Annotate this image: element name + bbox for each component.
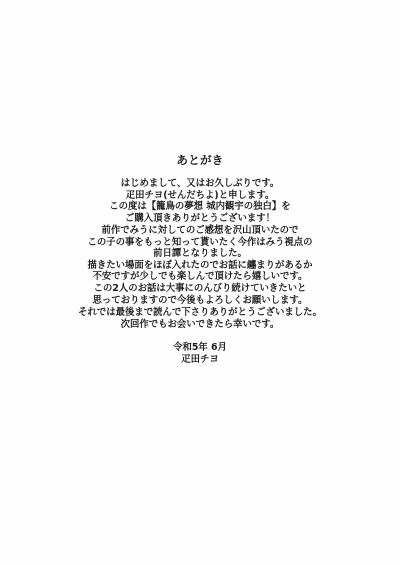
paragraph-future: この2人のお話は大事にのんびり続けていきたいと 思っておりますので今後もよろしく…	[0, 283, 400, 306]
text-line: 描きたい場面をほぼ入れたのでお話に纏まりがあるか	[0, 260, 400, 272]
paragraph-background: 前作でみうに対してのご感想を沢山頂いたので この子の事をもっと知って貰いたく今作…	[0, 225, 400, 283]
text-line: 思っておりますので今後もよろしくお願いします。	[0, 295, 400, 307]
signature-date: 令和5年 6月	[0, 342, 400, 354]
text-line: 次回作でもお会いできたら幸いです。	[0, 319, 400, 331]
paragraph-greeting: はじめまして、又はお久しぶりです。 疋田チヨ(せんだちよ)と申します。 この度は…	[0, 178, 400, 224]
text-line: 前作でみうに対してのご感想を沢山頂いたので	[0, 225, 400, 237]
paragraph-closing: それでは最後まで読んで下さりありがとうございました。 次回作でもお会いできたら幸…	[0, 307, 400, 330]
text-line: この度は【籠鳥の夢想 城内観宇の独白】を	[0, 201, 400, 213]
text-line: ご購入頂きありがとうございます！	[0, 213, 400, 225]
text-line: はじめまして、又はお久しぶりです。	[0, 178, 400, 190]
text-line: この2人のお話は大事にのんびり続けていきたいと	[0, 283, 400, 295]
signature-block: 令和5年 6月 疋田チヨ	[0, 342, 400, 365]
text-line: 前日譚となりました。	[0, 248, 400, 260]
page-title: あとがき	[0, 153, 400, 167]
signature-author: 疋田チヨ	[0, 354, 400, 366]
text-line: 疋田チヨ(せんだちよ)と申します。	[0, 190, 400, 202]
afterword-page: あとがき はじめまして、又はお久しぶりです。 疋田チヨ(せんだちよ)と申します。…	[0, 0, 400, 565]
text-line: この子の事をもっと知って貰いたく今作はみう視点の	[0, 237, 400, 249]
text-line: 不安ですが少しでも楽しんで頂けたら嬉しいです。	[0, 271, 400, 283]
text-line: それでは最後まで読んで下さりありがとうございました。	[0, 307, 400, 319]
